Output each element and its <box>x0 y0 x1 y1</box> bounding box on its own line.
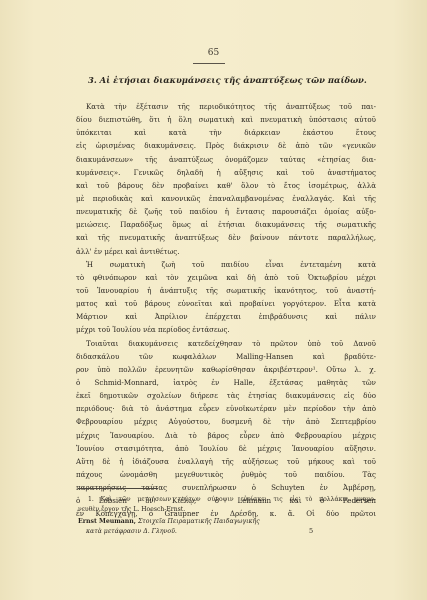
text-line: μέχρι τοῦ Ἰουλίου νέα περίοδος ἐντάσεως. <box>76 323 376 336</box>
book-page: 65 3. Αἱ ἐτήσιαι διακυμάνσεις τῆς ἀναπτύ… <box>0 0 427 600</box>
text-line: Μάρτιον καὶ Ἀπρίλιον ἐπέρχεται ἐπιβράδυν… <box>76 310 376 323</box>
page-number: 65 <box>0 48 427 58</box>
text-line: Φεβρουαρίου μέχρις Αὐγούστου, δυσμενῆ δὲ… <box>76 415 376 428</box>
page-number-rule <box>193 63 225 64</box>
text-line: Ἡ σωματικὴ ζωὴ τοῦ παιδίου εἶναι ἐντεταμ… <box>76 258 376 271</box>
text-line: πάχους ὠνομάσθη μεγεθυντικὸς ῥυθμὸς τοῦ … <box>76 468 376 481</box>
paragraph-2: Ἡ σωματικὴ ζωὴ τοῦ παιδίου εἶναι ἐντεταμ… <box>76 258 376 337</box>
text-line: δίου διεπιστώθη, ὅτι ἡ ὅλη σωματικὴ καὶ … <box>76 113 376 126</box>
footnote: 1. Καὶ τῶν μετρήσεων τούτων σύνοψιν εὑρί… <box>78 495 376 515</box>
text-line: τοῦ Ἰανουαρίου ἡ ἀνάπτυξις τῆς σωματικῆς… <box>76 284 376 297</box>
text-line: ἐκεῖ δημοτικῶν σχολείων διήρεσε τὰς ἐτησ… <box>76 389 376 402</box>
footnote-line: 1. Καὶ τῶν μετρήσεων τούτων σύνοψιν εὑρί… <box>78 495 376 505</box>
text-line: διδασκάλου τῶν κωφαλάλων Malling-Hansen … <box>76 350 376 363</box>
text-line: Κατὰ τὴν ἐξέτασιν τῆς περιοδικότητος τῆς… <box>76 100 376 113</box>
imprint-work: Στοιχεῖα Πειραματικῆς Παιδαγωγικῆς <box>138 518 260 525</box>
imprint-translation: κατὰ μετάφρασιν Δ. Γληνοῦ. <box>86 528 177 535</box>
text-line: τὸ φθινόπωρον καὶ τὸν χειμῶνα καὶ δὴ ἀπὸ… <box>76 271 376 284</box>
text-line: περιόδους· διὰ τὸ ἀνάστημα εὗρεν εὐνοϊκω… <box>76 402 376 415</box>
text-line: ὁ Schmid-Monnard, ἰατρὸς ἐν Halle, ἐξετά… <box>76 376 376 389</box>
text-line: ὑπόκειται καὶ κατὰ τὴν διάρκειαν ἑκάστου… <box>76 126 376 139</box>
text-line: καὶ τοῦ βάρους δὲν προβαίνει καθ' ὅλον τ… <box>76 179 376 192</box>
text-line: μὲ περιοδικὰς καὶ κανονικῶς ἐπαναλαμβανο… <box>76 192 376 205</box>
footnote-line: νευθὲν ἔργον τῆς L. Hoesch-Ernst. <box>78 505 376 515</box>
signature-mark: 5 <box>309 527 313 535</box>
text-line: ματος καὶ τοῦ βάρους εὐνοεῖται καὶ προβα… <box>76 297 376 310</box>
text-line: καὶ τῆς πνευματικῆς ἀναπτύξεως δὲν βαίνο… <box>76 231 376 244</box>
imprint: Ernst Meumann, Στοιχεῖα Πειραματικῆς Παι… <box>78 517 378 536</box>
text-line: μέχρις Ἰανουαρίου. Διὰ τὸ βάρος εὗρεν ἀπ… <box>76 429 376 442</box>
body-text: Κατὰ τὴν ἐξέτασιν τῆς περιοδικότητος τῆς… <box>76 100 376 521</box>
text-line: εἰς ὡρισμένας διακυμάνσεις. Πρὸς διάκρισ… <box>76 139 376 152</box>
imprint-author: Ernst Meumann, <box>78 518 136 525</box>
text-line: μειώσεις. Παραδόξως ὅμως αἱ ἐτήσιαι διακ… <box>76 218 376 231</box>
text-line: διακυμάνσεων» τῆς ἀναπτύξεως ὀνομάζομεν … <box>76 153 376 166</box>
text-line: ἀλλ' ἐν μέρει καὶ ἀντιθέτως. <box>76 245 376 258</box>
text-line: Ἰουνίου στασιμότητα, ἀπὸ Ἰουλίου δὲ μέχρ… <box>76 442 376 455</box>
text-line: κυμάνσεις». Γενικῶς δηλαδὴ ἡ αὔξησις καὶ… <box>76 166 376 179</box>
text-line: πνευματικῆς δὲ ζωῆς τοῦ παιδίου ἡ ἔντασι… <box>76 205 376 218</box>
text-line: ρον ὑπὸ πολλῶν ἐρευνητῶν καθωρίσθησαν ἀκ… <box>76 363 376 376</box>
text-line: Τοιαῦται διακυμάνσεις κατεδείχθησαν τὸ π… <box>76 337 376 350</box>
footnote-rule <box>78 488 158 489</box>
section-title: 3. Αἱ ἐτήσιαι διακυμάνσεις τῆς ἀναπτύξεω… <box>88 75 378 85</box>
text-line: Αὕτη δὲ ἡ ἰδιάζουσα ἐναλλαγὴ τῆς αὐξήσεω… <box>76 455 376 468</box>
paragraph-3: Τοιαῦται διακυμάνσεις κατεδείχθησαν τὸ π… <box>76 337 376 521</box>
paragraph-1: Κατὰ τὴν ἐξέτασιν τῆς περιοδικότητος τῆς… <box>76 100 376 258</box>
